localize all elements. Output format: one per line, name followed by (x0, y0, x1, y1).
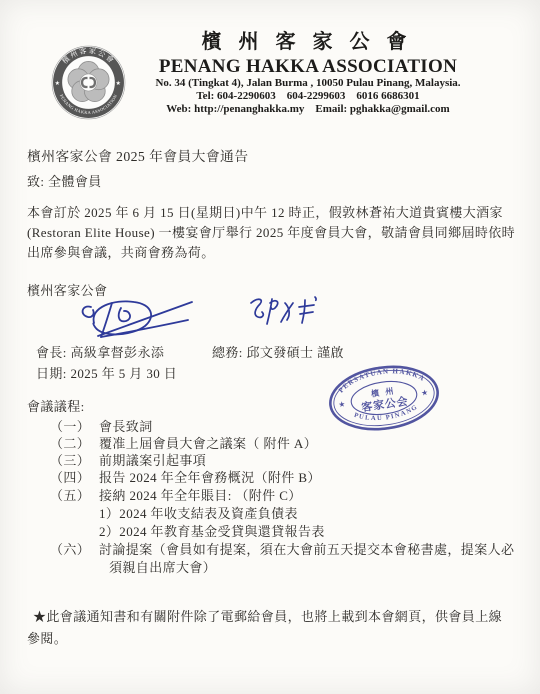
secretary-name-label: 總務: 邱文發碩士 謹啟 (212, 342, 344, 361)
agenda-number: （六） (50, 539, 99, 558)
president-signature (74, 293, 202, 341)
org-name-en: PENANG HAKKA ASSOCIATION (128, 56, 488, 77)
agenda-item-5-sub-2: 2）2024 年教育基金受貸與還貸報告表 (50, 521, 325, 540)
body-line-3: 出席參與會議，共商會務為荷。 (27, 243, 515, 263)
secretary-signature (245, 294, 321, 330)
agenda-text: 1）2024 年收支結表及資產負債表 (99, 503, 298, 522)
agenda-text: 接納 2024 年全年賬目: （附件 C） (99, 485, 302, 504)
agenda-item-4: （四） 报告 2024 年全年會務概況（附件 B） (50, 467, 321, 486)
agenda-item-6: （六） 討論提案（會員如有提案，須在大會前五天提交本會秘書處，提案人必 (50, 539, 514, 558)
org-phone-numbers: Tel: 604-2290603 604-2299603 6016 668630… (128, 90, 488, 103)
agenda-text: 討論提案（會員如有提案，須在大會前五天提交本會秘書處，提案人必 (99, 539, 514, 558)
president-signature-strokes (83, 301, 192, 337)
stamp-center-top-text: 檳 州 (370, 385, 396, 398)
agenda-number: （五） (50, 485, 99, 504)
org-address: No. 34 (Tingkat 4), Jalan Burma , 10050 … (128, 77, 488, 90)
stamp-star-right-icon: ★ (421, 388, 429, 397)
document-page: 檳州客家公會 PENANG HAKKA ASSOCIATION ★ ★ 檳州客家… (0, 0, 540, 694)
logo-star-right-icon: ★ (115, 80, 120, 87)
salutation: 致: 全體會員 (27, 171, 102, 190)
body-line-2: (Restoran Elite House) 一樓宴會厅舉行 2025 年度會員… (27, 223, 515, 243)
footnote-line-1: ★此會議通知書和有關附件除了電郵給會員，也將上載到本會網頁，供會員上線 (33, 606, 502, 625)
notice-body-paragraph: 本會訂於 2025 年 6 月 15 日(星期日)中午 12 時正，假敦林蒼祐大… (27, 203, 515, 262)
notice-subject: 檳州客家公會 2025 年會員大會通告 (27, 145, 248, 165)
agenda-item-5-sub-1: 1）2024 年收支結表及資產負債表 (50, 503, 298, 522)
agenda-number (50, 557, 99, 576)
org-web-email: Web: http://penanghakka.my Email: pghakk… (128, 103, 488, 116)
letterhead: 檳州客家公會 PENANG HAKKA ASSOCIATION No. 34 (… (128, 30, 488, 117)
stamp-star-left-icon: ★ (338, 400, 346, 409)
agenda-number (50, 521, 99, 540)
date-label: 日期: 2025 年 5 月 30 日 (36, 363, 177, 382)
agenda-item-6-continuation: 須親自出席大會） (50, 557, 216, 576)
association-seal-stamp: PERSATUAN HAKKA PULAU PINANG ★ ★ 檳 州 客家公… (324, 359, 444, 438)
agenda-item-5: （五） 接納 2024 年全年賬目: （附件 C） (50, 485, 302, 504)
logo-star-left-icon: ★ (55, 80, 60, 87)
agenda-text: 須親自出席大會） (109, 557, 216, 576)
president-name-label: 會長: 高級拿督彭永添 (36, 342, 164, 361)
body-line-1: 本會訂於 2025 年 6 月 15 日(星期日)中午 12 時正，假敦林蒼祐大… (27, 203, 515, 223)
agenda-number (50, 503, 99, 522)
org-name-zh: 檳州客家公會 (128, 30, 488, 54)
secretary-signature-strokes (251, 297, 316, 324)
agenda-number: （四） (50, 467, 99, 486)
agenda-text: 2）2024 年教育基金受貸與還貸報告表 (99, 521, 325, 540)
agenda-heading: 會議議程: (27, 396, 85, 415)
footnote-line-2: 參閱。 (27, 628, 67, 647)
agenda-text: 报告 2024 年全年會務概況（附件 B） (99, 467, 321, 486)
association-logo-icon: 檳州客家公會 PENANG HAKKA ASSOCIATION ★ ★ (51, 45, 126, 120)
